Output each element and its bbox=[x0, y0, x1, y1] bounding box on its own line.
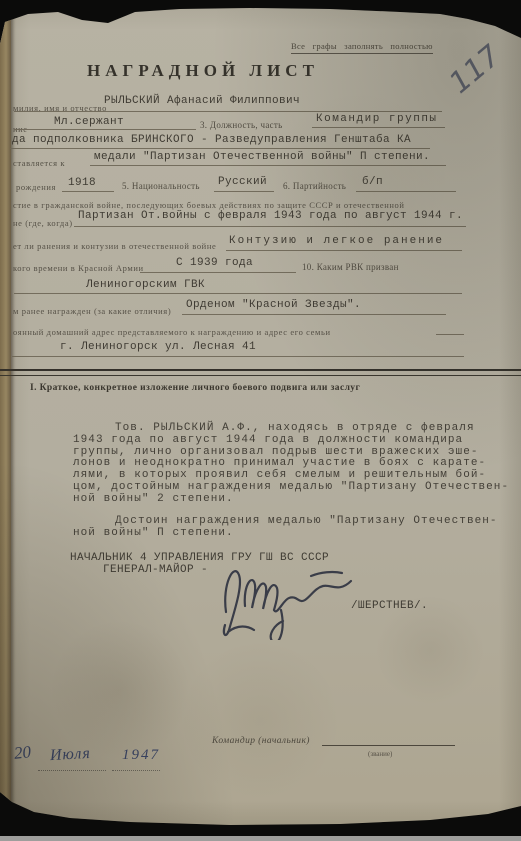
birth-year-value: 1918 bbox=[68, 177, 96, 189]
army-since-value: С 1939 года bbox=[176, 257, 253, 269]
nationality-label: 5. Национальность bbox=[122, 181, 200, 191]
underline-rule bbox=[90, 165, 446, 166]
form-instruction: Все графы заполнять полностью bbox=[291, 41, 433, 54]
position-label: 3. Должность, часть bbox=[200, 120, 283, 130]
dotted-rule bbox=[38, 770, 106, 771]
handwritten-page-number: 117 bbox=[443, 38, 507, 100]
party-value: б/п bbox=[362, 176, 383, 188]
wounds-label-fragment: ет ли ранения и контузии в отечественной… bbox=[13, 241, 216, 251]
underline-rule bbox=[14, 129, 196, 130]
underline-rule bbox=[140, 272, 296, 273]
commander-label: Командир (начальник) bbox=[212, 736, 310, 746]
handwritten-date-day: 20 bbox=[13, 742, 32, 764]
underline-rule bbox=[14, 293, 462, 294]
scanned-award-sheet: Все графы заполнять полностью НАГРАДНОЙ … bbox=[0, 0, 521, 841]
underline-rule bbox=[436, 334, 464, 335]
signer-title-line2: ГЕНЕРАЛ-МАЙОР - bbox=[103, 564, 208, 576]
binding-edge bbox=[0, 0, 11, 841]
dotted-rule bbox=[112, 770, 160, 771]
underline-rule bbox=[10, 148, 430, 149]
underline-rule bbox=[12, 356, 464, 357]
section-divider bbox=[0, 369, 521, 376]
underline-rule bbox=[226, 250, 462, 251]
underline-rule bbox=[74, 226, 466, 227]
handwritten-date-year: 1947 bbox=[122, 747, 160, 764]
signer-surname: /ШЕРСТНЕВ/. bbox=[351, 600, 428, 612]
war-service-value: Партизан От.войны с февраля 1943 года по… bbox=[78, 210, 463, 222]
rvk-value: Лениногорским ГВК bbox=[86, 279, 205, 291]
citation-line: ной войны" 2 степени. bbox=[73, 494, 509, 506]
handwritten-date-month: Июля bbox=[50, 745, 92, 765]
rank-value: Мл.сержант bbox=[54, 116, 124, 128]
citation-line: 1943 года по август 1944 года в должност… bbox=[73, 435, 509, 447]
underline-rule bbox=[62, 191, 114, 192]
nationality-value: Русский bbox=[218, 176, 267, 188]
citation-line: ной войны" П степени. bbox=[73, 528, 498, 540]
underline-rule bbox=[322, 745, 455, 746]
name-value: РЫЛЬСКИЙ Афанасий Филиппович bbox=[104, 95, 300, 107]
awards-label-fragment: м ранее награжден (за какие отличия) bbox=[13, 306, 171, 316]
war-label-fragment-2: не (где, когда) bbox=[13, 218, 73, 228]
signature-scribble bbox=[212, 548, 362, 640]
citation-paragraph-2: Достоин награждения медалью "Партизану О… bbox=[73, 516, 498, 540]
submitted-value: медали "Партизан Отечественной войны" П … bbox=[94, 151, 430, 163]
party-label: 6. Партийность bbox=[283, 181, 346, 191]
awards-value: Орденом "Красной Звезды". bbox=[186, 299, 361, 311]
document-page: Все графы заполнять полностью НАГРАДНОЙ … bbox=[0, 0, 521, 841]
underline-rule bbox=[356, 191, 456, 192]
underline-rule bbox=[14, 111, 442, 112]
rvk-label: 10. Каким РВК призван bbox=[302, 262, 399, 272]
underline-rule bbox=[182, 314, 446, 315]
underline-rule bbox=[312, 127, 445, 128]
position-value: Командир группы bbox=[316, 113, 438, 125]
address-label-fragment: оянный домашний адрес представляемого к … bbox=[13, 327, 331, 337]
scan-bottom-strip bbox=[0, 836, 521, 841]
unit-value: да подполковника БРИНСКОГО - Разведуправ… bbox=[12, 134, 411, 146]
wounds-value: Контузию и легкое ранение bbox=[229, 235, 444, 247]
birth-label-fragment: рождения bbox=[16, 182, 56, 192]
rank-caption: (звание) bbox=[368, 750, 392, 758]
citation-heading: I. Краткое, конкретное изложение личного… bbox=[30, 383, 360, 393]
army-since-label-fragment: кого времени в Красной Армии bbox=[13, 263, 144, 273]
submitted-label-fragment: ставляется к bbox=[13, 158, 65, 168]
underline-rule bbox=[214, 191, 274, 192]
citation-line: цом, достойным награждения медалью "Парт… bbox=[73, 482, 509, 494]
document-title: НАГРАДНОЙ ЛИСТ bbox=[87, 61, 319, 81]
address-value: г. Лениногорск ул. Лесная 41 bbox=[60, 341, 256, 353]
war-label-fragment-1: стие в гражданской войне, последующих бо… bbox=[13, 200, 405, 210]
citation-paragraph-1: Тов. РЫЛЬСКИЙ А.Ф., находясь в отряде с … bbox=[73, 423, 509, 506]
